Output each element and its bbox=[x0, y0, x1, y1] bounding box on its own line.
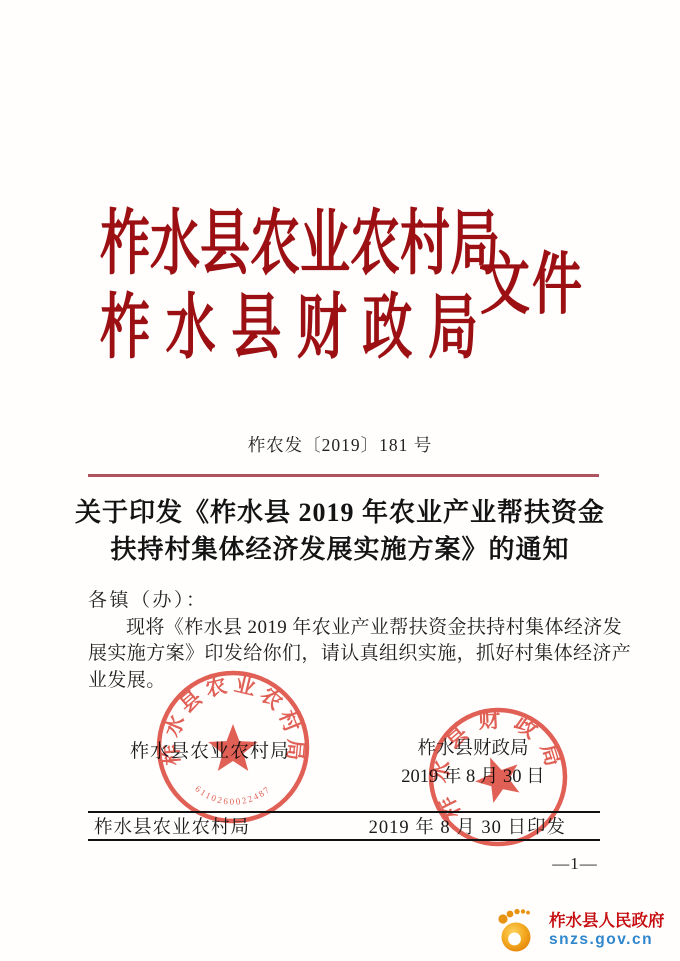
document-title-line1: 关于印发《柞水县 2019 年农业产业帮扶资金 bbox=[50, 494, 630, 531]
gov-url: snzs.gov.cn bbox=[549, 931, 665, 948]
official-seal-agriculture-icon: 柞水县农业农村局 6110260022487 bbox=[152, 666, 314, 828]
letterhead-org-line1: 柞水县农业农村局 bbox=[100, 202, 478, 284]
svg-text:6110260022487: 6110260022487 bbox=[193, 784, 272, 807]
body-paragraph-line: 现将《柞水县 2019 年农业产业帮扶资金扶持村集体经济发 bbox=[88, 615, 600, 642]
seal-star-icon bbox=[469, 749, 528, 806]
document-page: 柞水县农业农村局 柞水县财政局 文件 柞农发〔2019〕181 号 关于印发《柞… bbox=[0, 0, 680, 961]
red-separator-rule bbox=[88, 474, 599, 477]
seal-left-code: 6110260022487 bbox=[193, 784, 272, 807]
imprint-date: 2019 年 8 月 30 日印发 bbox=[369, 813, 600, 839]
letterhead-org-line2: 柞水县财政局 bbox=[100, 286, 478, 368]
seal-right-name: 柞水县财政局 bbox=[405, 684, 572, 824]
paw-logo-icon bbox=[494, 906, 540, 954]
document-title: 关于印发《柞水县 2019 年农业产业帮扶资金 扶持村集体经济发展实施方案》的通… bbox=[50, 494, 630, 568]
body-paragraph-line: 展实施方案》印发给你们，请认真组织实施，抓好村集体经济产 bbox=[88, 641, 600, 668]
seal-star-icon bbox=[208, 724, 257, 771]
official-seal-finance-icon: 柞水县财政局 bbox=[400, 679, 595, 874]
document-reference-number: 柞农发〔2019〕181 号 bbox=[0, 432, 680, 457]
imprint-bar: 柞水县农业农村局 2019 年 8 月 30 日印发 bbox=[88, 811, 600, 841]
letterhead-doc-word: 文件 bbox=[480, 248, 584, 321]
gov-badge-text: 柞水县人民政府 snzs.gov.cn bbox=[549, 912, 665, 947]
document-title-line2: 扶持村集体经济发展实施方案》的通知 bbox=[50, 531, 630, 568]
svg-text:柞水县财政局: 柞水县财政局 bbox=[405, 684, 572, 824]
imprint-issuer: 柞水县农业农村局 bbox=[88, 813, 250, 839]
gov-site-badge: 柞水县人民政府 snzs.gov.cn bbox=[494, 906, 665, 954]
gov-name: 柞水县人民政府 bbox=[549, 912, 665, 930]
salutation: 各镇（办）： bbox=[88, 588, 600, 615]
page-number: —1— bbox=[540, 854, 610, 874]
